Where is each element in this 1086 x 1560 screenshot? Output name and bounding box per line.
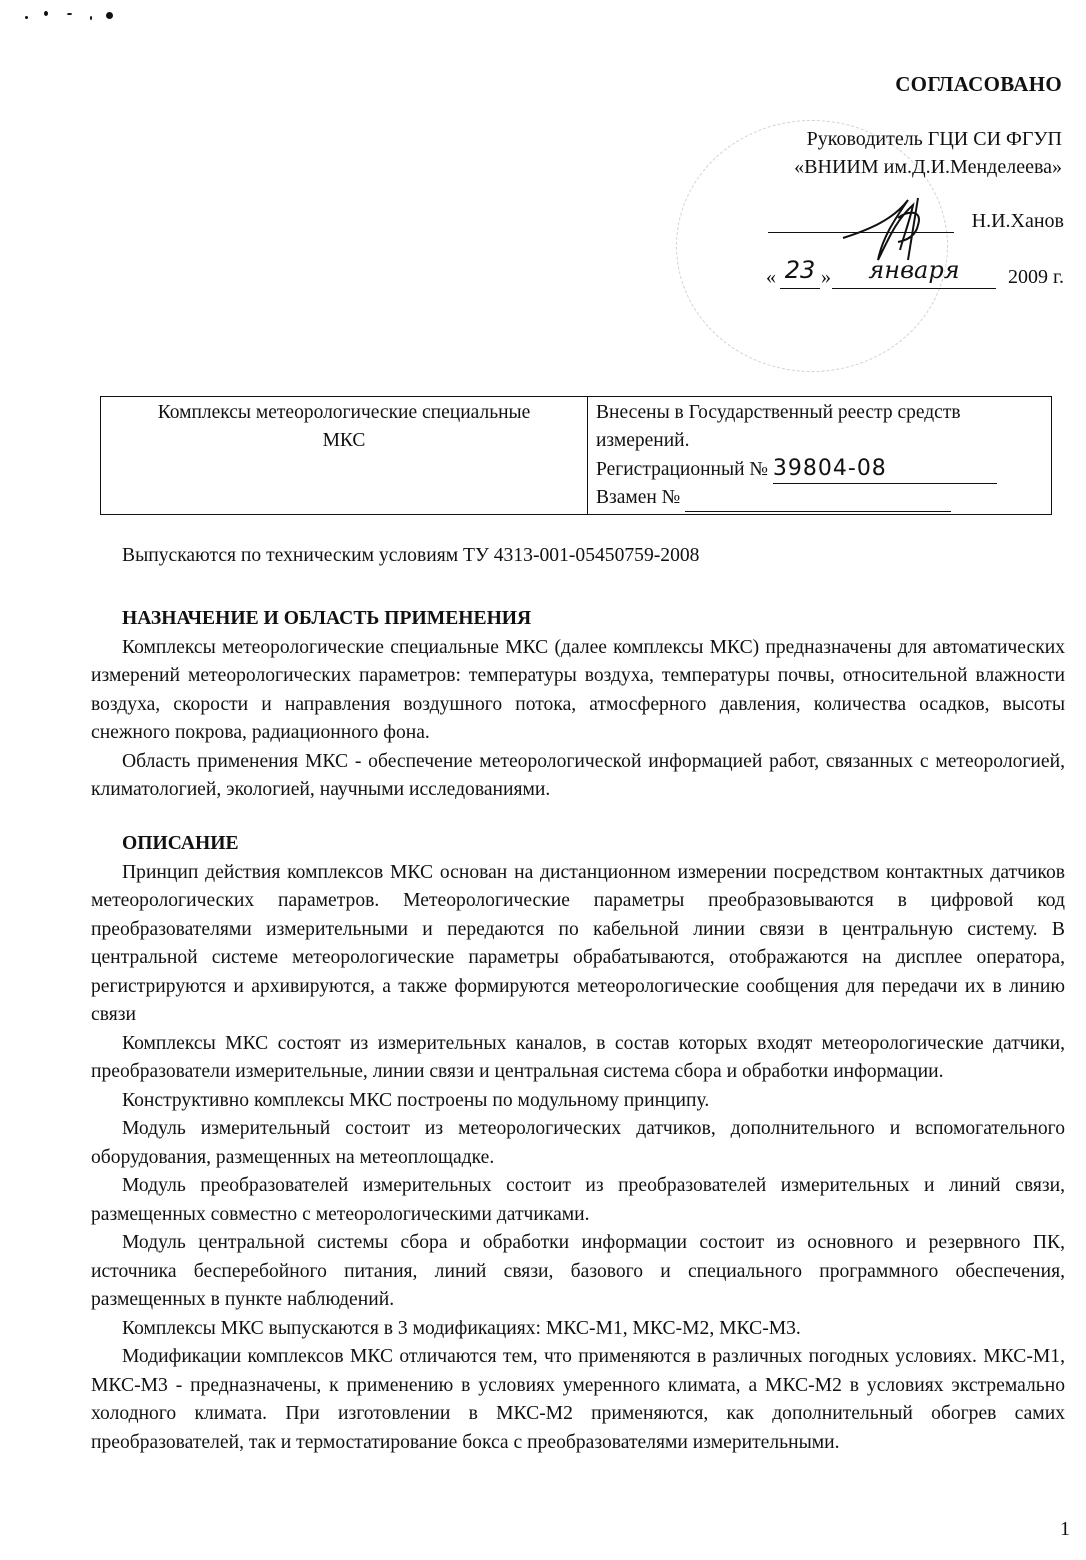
paragraph: Область применения МКС - обеспечение мет… — [91, 748, 1065, 805]
section-heading-description: ОПИСАНИЕ — [91, 829, 1065, 859]
signature-row: Н.И.Ханов — [768, 210, 1064, 238]
registration-number: 39804-08 — [773, 455, 997, 484]
product-name: Комплексы метеорологические специальные — [109, 399, 579, 427]
date-close-quote: » — [821, 266, 831, 289]
product-code: МКС — [109, 427, 579, 455]
registry-table: Комплексы метеорологические специальные … — [100, 396, 1052, 515]
tech-conditions: Выпускаются по техническим условиям ТУ 4… — [91, 542, 1065, 571]
approver-position: Руководитель ГЦИ СИ ФГУП — [794, 125, 1062, 153]
registry-info-cell: Внесены в Государственный реестр средств… — [588, 397, 1052, 515]
replaces-number — [685, 489, 951, 512]
product-name-cell: Комплексы метеорологические специальные … — [101, 397, 588, 515]
paragraph: Модуль центральной системы сбора и обраб… — [91, 1229, 1065, 1315]
paragraph: Модификации комплексов МКС отличаются те… — [91, 1343, 1065, 1457]
registration-label: Регистрационный № — [596, 459, 768, 480]
paragraph: Модуль преобразователей измерительных со… — [91, 1172, 1065, 1229]
section-heading-purpose: НАЗНАЧЕНИЕ И ОБЛАСТЬ ПРИМЕНЕНИЯ — [91, 604, 1065, 634]
replaces-row: Взамен № — [596, 484, 1043, 512]
scan-specks — [20, 10, 120, 24]
replaces-label: Взамен № — [596, 487, 680, 508]
date-year: 2009 г. — [1008, 266, 1064, 289]
registration-number-row: Регистрационный № 39804-08 — [596, 455, 1043, 484]
registry-statement-line1: Внесены в Государственный реестр средств — [596, 399, 1043, 427]
date-month: января — [832, 256, 996, 289]
registry-statement-line2: измерений. — [596, 427, 1043, 455]
document-body: Выпускаются по техническим условиям ТУ 4… — [91, 542, 1065, 1457]
paragraph: Комплексы метеорологические специальные … — [91, 634, 1065, 748]
paragraph: Конструктивно комплексы МКС построены по… — [91, 1087, 1065, 1116]
page-number: 1 — [1060, 1518, 1070, 1541]
date-day: 23 — [780, 256, 820, 289]
signer-name: Н.И.Ханов — [972, 210, 1064, 233]
approval-date: « 23 » января 2009 г. — [766, 262, 1064, 296]
paragraph: Модуль измерительный состоит из метеорол… — [91, 1115, 1065, 1172]
approval-title: СОГЛАСОВАНО — [794, 72, 1062, 97]
approver-organization: «ВНИИМ им.Д.И.Менделеева» — [794, 153, 1062, 181]
paragraph: Комплексы МКС состоят из измерительных к… — [91, 1030, 1065, 1087]
approval-block: СОГЛАСОВАНО Руководитель ГЦИ СИ ФГУП «ВН… — [794, 72, 1062, 181]
date-open-quote: « — [766, 266, 776, 289]
paragraph: Принцип действия комплексов МКС основан … — [91, 859, 1065, 1030]
paragraph: Комплексы МКС выпускаются в 3 модификаци… — [91, 1315, 1065, 1344]
